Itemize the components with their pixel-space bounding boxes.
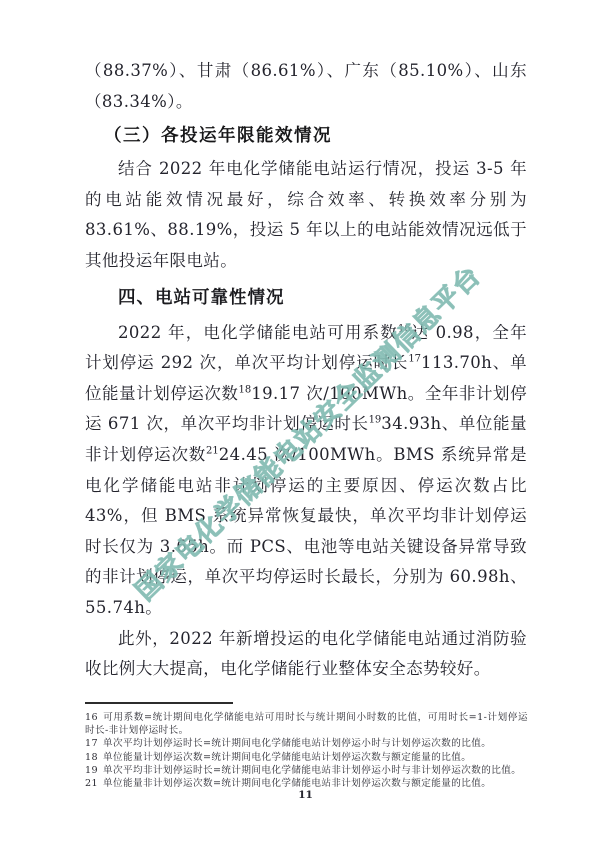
footnote-text: 可用系数=统计期间电化学储能电站可用时长与统计期间小时数的比值，可用时长=1-计… bbox=[85, 712, 528, 736]
paragraph-text: 24.45 次/100MWh。BMS 系统异常是电化学储能电站非计划停运的主要原… bbox=[85, 445, 527, 617]
footnote-text: 单次平均计划停运时长=统计期间电化学储能电站计划停运小时与计划停运次数的比值。 bbox=[103, 738, 491, 749]
document-page: 国家电化学储能电站安全监测信息平台 （88.37%）、甘肃（86.61%）、广东… bbox=[0, 0, 611, 856]
footnote-ref-16: 16 bbox=[398, 323, 411, 334]
footnote-ref-21: 21 bbox=[206, 445, 219, 456]
footnote-text: 单位能量计划停运次数=统计期间电化学储能电站计划停运次数与额定能量的比值。 bbox=[103, 752, 471, 763]
continuation-line: （88.37%）、甘肃（86.61%）、广东（85.10%）、山东（83.34%… bbox=[85, 56, 527, 117]
footnote-ref-17: 17 bbox=[408, 354, 421, 365]
footnote-number: 18 bbox=[85, 752, 98, 763]
footnote-ref-19: 19 bbox=[369, 415, 382, 426]
section-heading-energy-efficiency: （三）各投运年限能效情况 bbox=[104, 125, 527, 147]
paragraph-text: 2022 年，电化学储能电站可用系数 bbox=[118, 323, 398, 342]
footnote-text: 单次平均非计划停运时长=统计期间电化学储能电站非计划停运小时与非计划停运次数的比… bbox=[103, 765, 521, 776]
footnote-17: 17单次平均计划停运时长=统计期间电化学储能电站计划停运小时与计划停运次数的比值… bbox=[85, 737, 528, 750]
reliability-paragraph-1: 2022 年，电化学储能电站可用系数16达 0.98，全年计划停运 292 次，… bbox=[85, 318, 527, 624]
footnote-number: 21 bbox=[85, 778, 98, 789]
footnote-divider bbox=[85, 702, 233, 704]
reliability-paragraph-2: 此外，2022 年新增投运的电化学储能电站通过消防验收比例大大提高，电化学储能行… bbox=[85, 624, 527, 685]
energy-efficiency-paragraph: 结合 2022 年电化学储能电站运行情况，投运 3-5 年的电站能效情况最好，综… bbox=[85, 154, 527, 276]
footnote-number: 19 bbox=[85, 765, 98, 776]
footnote-number: 16 bbox=[85, 712, 98, 723]
page-number: 11 bbox=[0, 789, 611, 801]
footnote-ref-18: 18 bbox=[238, 384, 251, 395]
footnotes-section: 16可用系数=统计期间电化学储能电站可用时长与统计期间小时数的比值，可用时长=1… bbox=[85, 702, 528, 790]
footnote-16: 16可用系数=统计期间电化学储能电站可用时长与统计期间小时数的比值，可用时长=1… bbox=[85, 711, 528, 737]
footnote-text: 单位能量非计划停运次数=统计期间电化学储能电站非计划停运次数与额定能量的比值。 bbox=[103, 778, 491, 789]
section-heading-reliability: 四、电站可靠性情况 bbox=[118, 287, 527, 309]
footnote-number: 17 bbox=[85, 738, 98, 749]
footnote-19: 19单次平均非计划停运时长=统计期间电化学储能电站非计划停运小时与非计划停运次数… bbox=[85, 764, 528, 777]
page-content: （88.37%）、甘肃（86.61%）、广东（85.10%）、山东（83.34%… bbox=[85, 56, 527, 685]
footnote-18: 18单位能量计划停运次数=统计期间电化学储能电站计划停运次数与额定能量的比值。 bbox=[85, 751, 528, 764]
